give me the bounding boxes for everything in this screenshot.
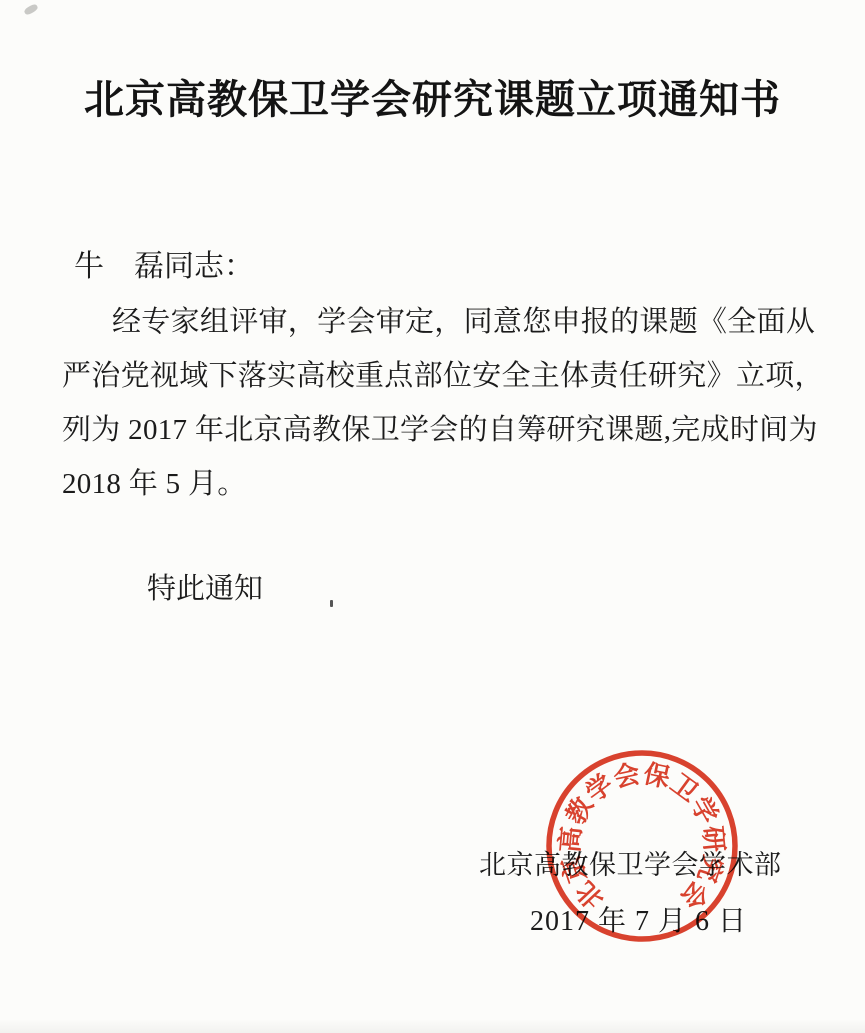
closing-notice: 特此通知 [147, 566, 263, 607]
scan-artifact [23, 3, 39, 16]
body-line-3: 列为 2017 年北京高教保卫学会的自筹研究课题,完成时间为 [62, 405, 822, 459]
scan-edge-smudge [0, 1019, 865, 1033]
body-line-4: 2018 年 5 月。 [62, 459, 822, 513]
body-paragraph: 经专家组评审，学会审定，同意您申报的课题《全面从 严治党视域下落实高校重点部位安… [62, 297, 822, 513]
salutation: 牛 磊同志： [74, 241, 254, 285]
document-title: 北京高教保卫学会研究课题立项通知书 [0, 68, 865, 125]
body-line-1: 经专家组评审，学会审定，同意您申报的课题《全面从 [62, 297, 822, 351]
official-seal-stamp: 北京高教学会保卫学研究会 [542, 746, 742, 946]
scan-speck [330, 600, 333, 607]
body-line-2: 严治党视域下落实高校重点部位安全主体责任研究》立项， [62, 351, 822, 405]
document-page: 北京高教保卫学会研究课题立项通知书 牛 磊同志： 经专家组评审，学会审定，同意您… [0, 0, 865, 1033]
seal-arc-text: 北京高教学会保卫学研究会 [554, 758, 730, 915]
